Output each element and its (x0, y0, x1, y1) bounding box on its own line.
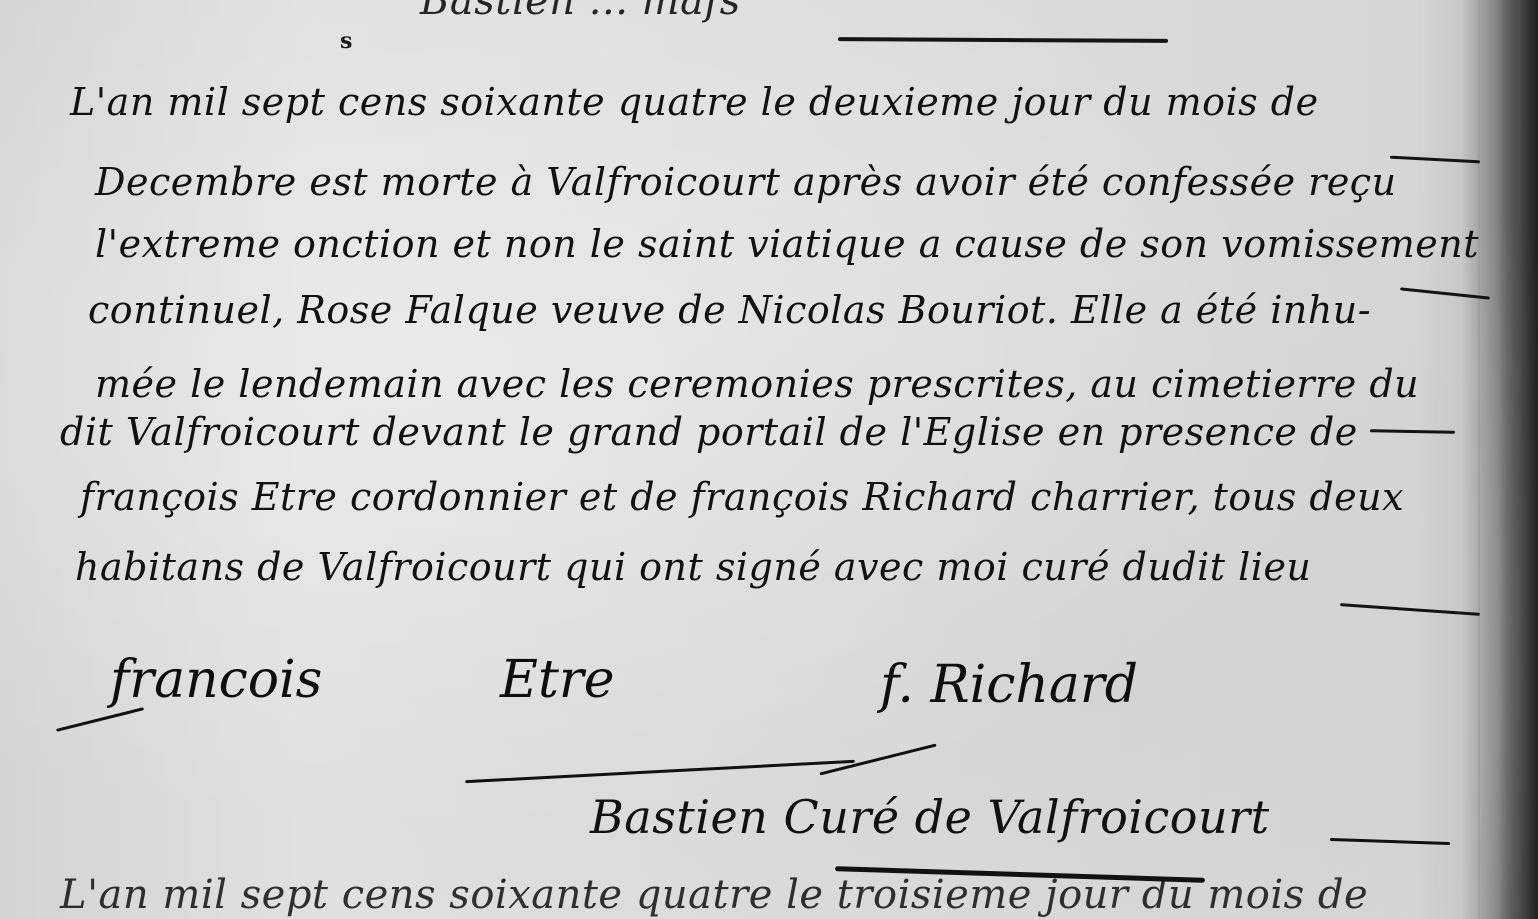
signature-francois: francois (110, 650, 322, 710)
entry-line-6: dit Valfroicourt devant le grand portail… (60, 410, 1358, 454)
signature-priest: Bastien Curé de Valfroicourt (590, 790, 1270, 844)
entry-line-2: Decembre est morte à Valfroicourt après … (95, 160, 1397, 204)
signature-flourish (56, 707, 144, 732)
line-filler-stroke (1370, 429, 1455, 433)
previous-entry-heading: Bastien ... mafs (420, 0, 741, 24)
signature-richard: f. Richard (880, 655, 1138, 715)
priest-line-flourish (1330, 838, 1450, 845)
signature-etre: Etre (500, 650, 615, 710)
entry-line-5: mée le lendemain avec les ceremonies pre… (95, 362, 1419, 406)
line-filler-stroke (1340, 603, 1480, 616)
line-filler-stroke (1390, 156, 1480, 164)
heading-underline (838, 37, 1168, 43)
line-filler-stroke (1400, 287, 1490, 299)
entry-line-1: L'an mil sept cens soixante quatre le de… (70, 80, 1319, 124)
entry-line-3: l'extreme onction et non le saint viatiq… (95, 222, 1479, 266)
signature-flourish (819, 744, 936, 776)
signature-underline (465, 760, 855, 783)
entry-line-8: habitans de Valfroicourt qui ont signé a… (75, 545, 1311, 589)
margin-mark: s (340, 28, 352, 54)
document-scan: Bastien ... mafs s L'an mil sept cens so… (0, 0, 1538, 919)
entry-line-4: continuel, Rose Falque veuve de Nicolas … (88, 288, 1371, 332)
book-binding-edge (1498, 0, 1538, 919)
page-fold-line (1478, 0, 1480, 919)
entry-line-7: françois Etre cordonnier et de françois … (80, 475, 1404, 519)
next-entry-line: L'an mil sept cens soixante quatre le tr… (60, 872, 1368, 918)
